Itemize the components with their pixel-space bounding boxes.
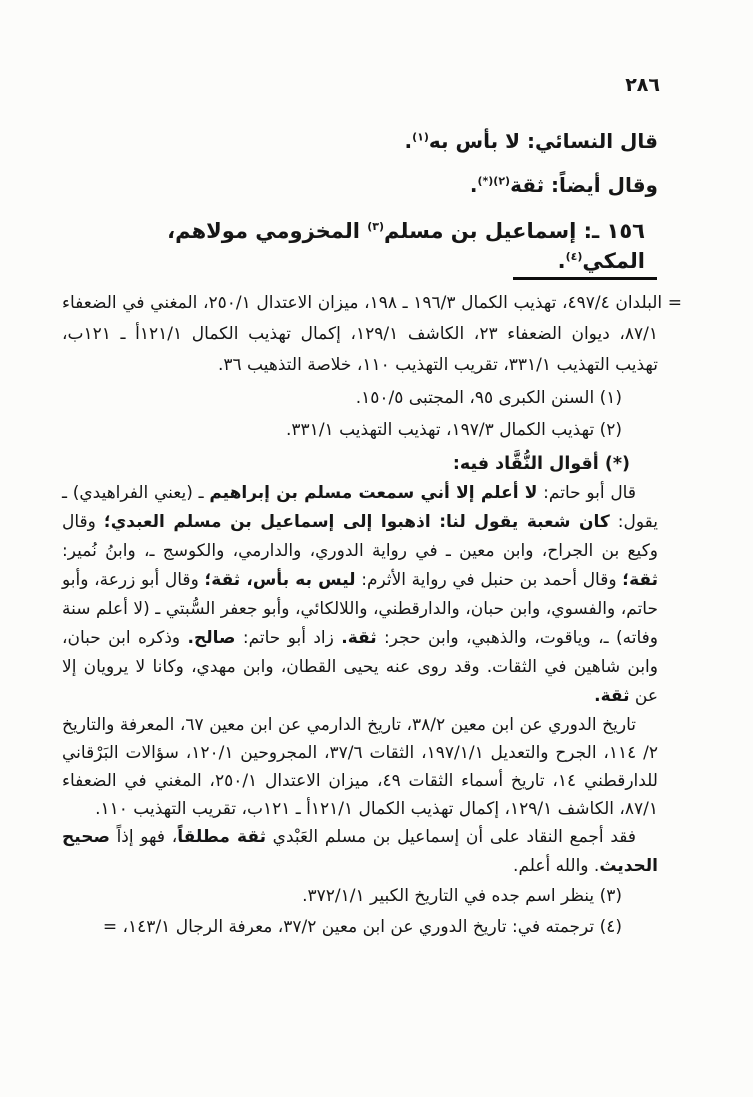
entry-heading: ١٥٦ ـ: إسماعيل بن مسلم(٣) المخزومي مولاه… (80, 216, 658, 276)
text-segment: . (405, 129, 413, 153)
text-segment: كان شعبة يقول لنا: اذهبوا إلى إسماعيل بن… (104, 512, 610, 532)
book-page: ٢٨٦ قال النسائي: لا بأس به(١). وقال أيضا… (0, 0, 753, 1097)
text-segment: ليس به بأس، ثقة؛ (204, 570, 355, 590)
footnote-1: (١) السنن الكبرى ٩٥، المجتبى ١٥٠/٥. (62, 383, 622, 413)
footnote-ref-2: (٢) (493, 174, 510, 187)
text-segment: زاد أبو حاتم: (235, 628, 341, 648)
footnote-2-marker: (٢) (600, 420, 622, 440)
text-segment: وقال أيضاً: ثقة (510, 173, 658, 197)
text-segment: لا أعلم إلا أني سمعت مسلم بن إبراهيم (209, 483, 537, 503)
footnote-ref-4: (٤) (566, 250, 583, 263)
text-segment: ثقة. (341, 628, 376, 648)
conclusion-paragraph: فقد أجمع النقاد على أن إسماعيل بن مسلم ا… (62, 823, 658, 881)
text-segment: . (558, 249, 566, 273)
footnote-divider (513, 277, 657, 280)
footnote-4-text: ترجمته في: تاريخ الدوري عن ابن معين ٣٧/٢… (103, 917, 600, 937)
footnote-3-marker: (٣) (600, 886, 622, 906)
footnotes-area: = البلدان ٤٩٧/٤، تهذيب الكمال ١٩٦/٣ ـ ١٩… (62, 288, 682, 943)
footnote-2-text: تهذيب الكمال ١٩٧/٣، تهذيب التهذيب ٣٣١/١. (286, 420, 600, 440)
text-segment: ثقة؛ (622, 570, 658, 590)
text-segment: قال النسائي: لا بأس به (429, 129, 658, 153)
entry-number: ١٥٦ ـ: (576, 219, 645, 243)
footnote-4: (٤) ترجمته في: تاريخ الدوري عن ابن معين … (62, 912, 622, 943)
footnote-ref-star: (*) (477, 174, 493, 187)
main-text: قال النسائي: لا بأس به(١). وقال أيضاً: ث… (80, 128, 658, 276)
footnote-3: (٣) ينظر اسم جده في التاريخ الكبير ٣٧٢/١… (62, 881, 622, 912)
footnote-continuation: = البلدان ٤٩٧/٤، تهذيب الكمال ١٩٦/٣ ـ ١٩… (62, 288, 658, 381)
footnote-3-text: ينظر اسم جده في التاريخ الكبير ٣٧٢/١/١. (302, 886, 600, 906)
entry-name: إسماعيل بن مسلم (384, 219, 576, 243)
text-segment: قال أبو حاتم: (537, 483, 636, 503)
footnote-1-text: السنن الكبرى ٩٥، المجتبى ١٥٠/٥. (356, 388, 600, 408)
text-segment: صالح. (188, 628, 236, 648)
footnote-ref-1: (١) (412, 130, 429, 143)
sources-paragraph: تاريخ الدوري عن ابن معين ٣٨/٢، تاريخ الد… (62, 711, 658, 823)
footnote-ref-3: (٣) (367, 220, 384, 233)
critics-paragraph: قال أبو حاتم: لا أعلم إلا أني سمعت مسلم … (62, 479, 658, 711)
also-statement: وقال أيضاً: ثقة(٢)(*). (80, 172, 658, 199)
critics-heading: (*) أقوال النُّقَّاد فيه: (62, 449, 630, 479)
text-segment: ثقة مطلقاً (177, 827, 266, 847)
star-marker: (*) (605, 454, 630, 474)
page-number: ٢٨٦ (625, 74, 660, 96)
text-segment: وقال أحمد بن حنبل في رواية الأثرم: (356, 570, 623, 590)
footnote-4-marker: (٤) (600, 917, 622, 937)
nasai-statement: قال النسائي: لا بأس به(١). (80, 128, 658, 155)
text-segment: ، فهو إذاً (110, 827, 177, 847)
text-segment: . والله أعلم. (513, 856, 599, 876)
footnote-1-marker: (١) (600, 388, 622, 408)
footnote-2: (٢) تهذيب الكمال ١٩٧/٣، تهذيب التهذيب ٣٣… (62, 415, 622, 445)
text-segment: ثقة. (594, 686, 629, 706)
critics-heading-text: أقوال النُّقَّاد فيه: (453, 454, 605, 474)
text-segment: فقد أجمع النقاد على أن إسماعيل بن مسلم ا… (266, 827, 636, 847)
